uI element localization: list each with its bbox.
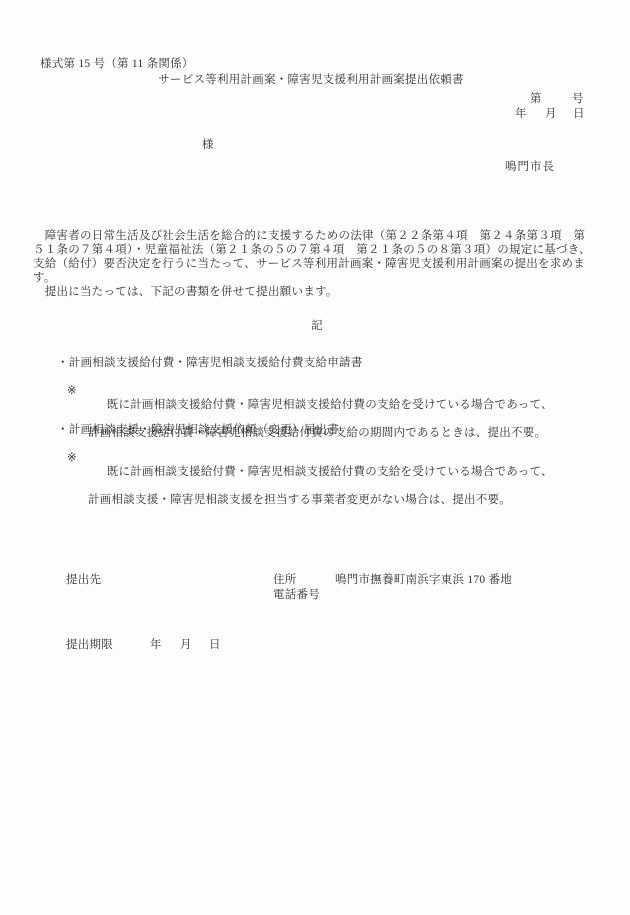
sender-name: 鳴門市長 xyxy=(505,160,555,174)
deadline-month-label: 月 xyxy=(180,638,192,652)
list-item-note: ※ 既に計画相談支援給付費・障害児相談支援給付費の支給を受けている場合であって、 xyxy=(0,437,630,493)
note-text: 既に計画相談支援給付費・障害児相談支援給付費の支給を受けている場合であって、 xyxy=(107,465,553,479)
deadline-year-label: 年 xyxy=(150,638,162,652)
form-number: 様式第 15 号（第 11 条関係） xyxy=(40,57,194,71)
document-title: サービス等利用計画案・障害児支援利用計画案提出依頼書 xyxy=(0,73,622,87)
phone-label: 電話番号 xyxy=(273,588,320,602)
note-text: 計画相談支援・障害児相談支援を担当する事業者変更がない場合は、提出不要。 xyxy=(0,493,630,507)
body-line: 支給（給付）要否決定を行うに当たって、サービス等利用計画案・障害児支援利用計画案… xyxy=(33,257,608,271)
reference-mark: ※ xyxy=(67,451,77,465)
body-line: 提出に当たっては、下記の書類を併せて提出願います。 xyxy=(33,285,608,299)
document-page: 様式第 15 号（第 11 条関係） サービス等利用計画案・障害児支援利用計画案… xyxy=(0,0,630,915)
reference-mark: ※ xyxy=(67,384,77,398)
list-item-title: ・計画相談支援給付費・障害児相談支援給付費支給申請書 xyxy=(0,356,630,370)
date-year-label: 年 xyxy=(515,107,527,121)
date-month-label: 月 xyxy=(545,107,557,121)
address-value: 鳴門市撫養町南浜字東浜 170 番地 xyxy=(335,573,512,587)
note-text: 既に計画相談支援給付費・障害児相談支援給付費の支給を受けている場合であって、 xyxy=(107,398,553,412)
body-paragraph: 障害者の日常生活及び社会生活を総合的に支援するための法律（第２２条第４項 第２４… xyxy=(33,229,608,299)
submit-to-label: 提出先 xyxy=(66,573,101,587)
doc-number-suffix: 号 xyxy=(572,92,584,106)
list-item: ・計画相談支援・障害児相談支援依頼（変更）届出書 ※ 既に計画相談支援給付費・障… xyxy=(0,423,630,507)
list-heading: 記 xyxy=(0,319,630,333)
deadline-day-label: 日 xyxy=(209,638,221,652)
deadline-label: 提出期限 xyxy=(66,638,113,652)
doc-number-prefix: 第 xyxy=(530,92,542,106)
date-day-label: 日 xyxy=(573,107,585,121)
body-line: す。 xyxy=(33,271,608,285)
body-line: ５１条の７第４項）・児童福祉法（第２１条の５の７第４項 第２１条の５の８第３項）… xyxy=(33,243,608,257)
list-item-title: ・計画相談支援・障害児相談支援依頼（変更）届出書 xyxy=(0,423,630,437)
list-item-note: ※ 既に計画相談支援給付費・障害児相談支援給付費の支給を受けている場合であって、 xyxy=(0,370,630,426)
address-label: 住所 xyxy=(273,573,297,587)
body-line: 障害者の日常生活及び社会生活を総合的に支援するための法律（第２２条第４項 第２４… xyxy=(33,229,608,243)
addressee-honorific: 様 xyxy=(202,138,214,152)
